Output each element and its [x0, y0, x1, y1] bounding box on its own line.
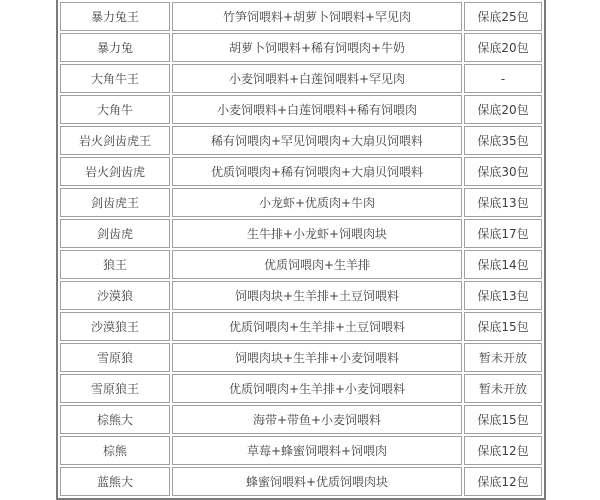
- feeding-table-container: 暴力兔王 竹笋饲喂料+胡萝卜饲喂料+罕见肉 保底25包 暴力兔 胡萝卜饲喂料+稀…: [56, 0, 600, 500]
- guarantee-cell: 保底14包: [464, 250, 542, 279]
- guarantee-cell: 保底12包: [464, 467, 542, 496]
- monster-name-cell: 岩火剑齿虎王: [60, 126, 170, 155]
- feed-recipe-cell: 稀有饲喂肉+罕见饲喂肉+大扇贝饲喂料: [172, 126, 462, 155]
- table-row: 岩火剑齿虎王 稀有饲喂肉+罕见饲喂肉+大扇贝饲喂料 保底35包: [60, 126, 542, 155]
- monster-name-cell: 沙漠狼王: [60, 312, 170, 341]
- table-row: 棕熊大 海带+带鱼+小麦饲喂料 保底15包: [60, 405, 542, 434]
- monster-name-cell: 大角牛: [60, 95, 170, 124]
- guarantee-cell: -: [464, 64, 542, 93]
- monster-name-cell: 大角牛王: [60, 64, 170, 93]
- monster-name-cell: 棕熊: [60, 436, 170, 465]
- table-row: 暴力兔王 竹笋饲喂料+胡萝卜饲喂料+罕见肉 保底25包: [60, 2, 542, 31]
- feed-recipe-cell: 优质饲喂肉+生羊排: [172, 250, 462, 279]
- monster-name-cell: 蓝熊大: [60, 467, 170, 496]
- table-row: 大角牛 小麦饲喂料+白莲饲喂料+稀有饲喂肉 保底20包: [60, 95, 542, 124]
- feed-recipe-cell: 饲喂肉块+生羊排+小麦饲喂料: [172, 343, 462, 372]
- feeding-table: 暴力兔王 竹笋饲喂料+胡萝卜饲喂料+罕见肉 保底25包 暴力兔 胡萝卜饲喂料+稀…: [56, 0, 546, 500]
- guarantee-cell: 暂未开放: [464, 374, 542, 403]
- monster-name-cell: 暴力兔王: [60, 2, 170, 31]
- guarantee-cell: 保底13包: [464, 188, 542, 217]
- feed-recipe-cell: 小麦饲喂料+白莲饲喂料+罕见肉: [172, 64, 462, 93]
- table-row: 暴力兔 胡萝卜饲喂料+稀有饲喂肉+牛奶 保底20包: [60, 33, 542, 62]
- guarantee-cell: 保底35包: [464, 126, 542, 155]
- feed-recipe-cell: 竹笋饲喂料+胡萝卜饲喂料+罕见肉: [172, 2, 462, 31]
- feed-recipe-cell: 优质饲喂肉+生羊排+土豆饲喂料: [172, 312, 462, 341]
- table-row: 雪原狼 饲喂肉块+生羊排+小麦饲喂料 暂未开放: [60, 343, 542, 372]
- table-row: 蓝熊大 蜂蜜饲喂料+优质饲喂肉块 保底12包: [60, 467, 542, 496]
- table-row: 大角牛王 小麦饲喂料+白莲饲喂料+罕见肉 -: [60, 64, 542, 93]
- feed-recipe-cell: 优质饲喂肉+生羊排+小麦饲喂料: [172, 374, 462, 403]
- table-row: 沙漠狼王 优质饲喂肉+生羊排+土豆饲喂料 保底15包: [60, 312, 542, 341]
- feed-recipe-cell: 优质饲喂肉+稀有饲喂肉+大扇贝饲喂料: [172, 157, 462, 186]
- guarantee-cell: 保底13包: [464, 281, 542, 310]
- monster-name-cell: 剑齿虎王: [60, 188, 170, 217]
- table-row: 狼王 优质饲喂肉+生羊排 保底14包: [60, 250, 542, 279]
- monster-name-cell: 岩火剑齿虎: [60, 157, 170, 186]
- monster-name-cell: 沙漠狼: [60, 281, 170, 310]
- guarantee-cell: 保底17包: [464, 219, 542, 248]
- monster-name-cell: 狼王: [60, 250, 170, 279]
- feed-recipe-cell: 草莓+蜂蜜饲喂料+饲喂肉: [172, 436, 462, 465]
- feed-recipe-cell: 小龙虾+优质肉+牛肉: [172, 188, 462, 217]
- feeding-table-body: 暴力兔王 竹笋饲喂料+胡萝卜饲喂料+罕见肉 保底25包 暴力兔 胡萝卜饲喂料+稀…: [60, 2, 542, 496]
- feed-recipe-cell: 胡萝卜饲喂料+稀有饲喂肉+牛奶: [172, 33, 462, 62]
- feed-recipe-cell: 小麦饲喂料+白莲饲喂料+稀有饲喂肉: [172, 95, 462, 124]
- table-row: 棕熊 草莓+蜂蜜饲喂料+饲喂肉 保底12包: [60, 436, 542, 465]
- guarantee-cell: 保底15包: [464, 312, 542, 341]
- guarantee-cell: 保底25包: [464, 2, 542, 31]
- monster-name-cell: 雪原狼王: [60, 374, 170, 403]
- table-row: 岩火剑齿虎 优质饲喂肉+稀有饲喂肉+大扇贝饲喂料 保底30包: [60, 157, 542, 186]
- monster-name-cell: 雪原狼: [60, 343, 170, 372]
- feed-recipe-cell: 海带+带鱼+小麦饲喂料: [172, 405, 462, 434]
- monster-name-cell: 暴力兔: [60, 33, 170, 62]
- feed-recipe-cell: 饲喂肉块+生羊排+土豆饲喂料: [172, 281, 462, 310]
- table-row: 雪原狼王 优质饲喂肉+生羊排+小麦饲喂料 暂未开放: [60, 374, 542, 403]
- guarantee-cell: 保底12包: [464, 436, 542, 465]
- table-row: 剑齿虎王 小龙虾+优质肉+牛肉 保底13包: [60, 188, 542, 217]
- feed-recipe-cell: 蜂蜜饲喂料+优质饲喂肉块: [172, 467, 462, 496]
- monster-name-cell: 剑齿虎: [60, 219, 170, 248]
- guarantee-cell: 保底30包: [464, 157, 542, 186]
- monster-name-cell: 棕熊大: [60, 405, 170, 434]
- guarantee-cell: 暂未开放: [464, 343, 542, 372]
- guarantee-cell: 保底15包: [464, 405, 542, 434]
- guarantee-cell: 保底20包: [464, 95, 542, 124]
- feed-recipe-cell: 生牛排+小龙虾+饲喂肉块: [172, 219, 462, 248]
- table-row: 剑齿虎 生牛排+小龙虾+饲喂肉块 保底17包: [60, 219, 542, 248]
- table-row: 沙漠狼 饲喂肉块+生羊排+土豆饲喂料 保底13包: [60, 281, 542, 310]
- guarantee-cell: 保底20包: [464, 33, 542, 62]
